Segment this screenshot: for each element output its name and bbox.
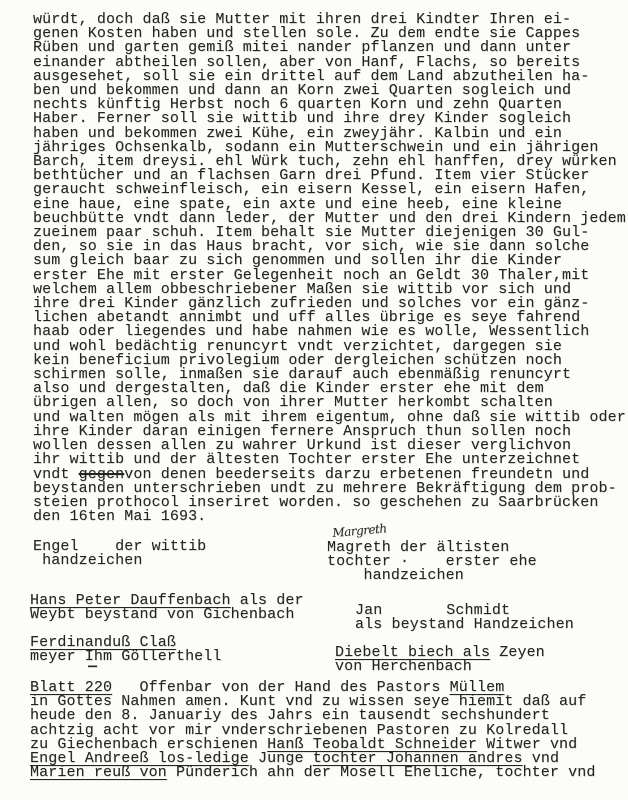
document-page: würdt, doch daß sie Mutter mit ihren dre… <box>0 0 628 800</box>
text-line: handzeichen <box>327 569 537 583</box>
text-line: den 16ten Mai 1693. <box>33 510 626 524</box>
signature-hans-peter-dauffenbach: Hans Peter Dauffenbach als derWeybt beys… <box>30 594 304 622</box>
text-line: handzeichen <box>33 554 206 568</box>
text-line: von Herchenbach <box>335 660 545 674</box>
text-line: Marien reuß von Pünderich ahn der Mosell… <box>30 766 596 780</box>
signature-diebelt-biech: Diebelt biech als Zeyenvon Herchenbach <box>335 646 545 674</box>
signature-engel-wittib: Engel der wittib handzeichen <box>33 540 206 568</box>
signature-jan-schmidt: Jan Schmidtals beystand Handzeichen <box>355 604 574 632</box>
text-segment: Zeyen <box>490 644 545 661</box>
text-line: als beystand Handzeichen <box>355 618 574 632</box>
signature-margreth-tochter: Magreth der ältistentochter · erster ehe… <box>327 541 537 582</box>
text-line: Weybt beystand von Gichenbach <box>30 608 304 622</box>
signature-ferdinandus-clas: Ferdinanduß Claßmeyer Ihm Göllerthell <box>30 636 222 664</box>
text-segment: Pünderich ahn der Mosell Eheliche, tocht… <box>167 764 596 781</box>
underlined-text: Marien reuß von <box>30 764 167 781</box>
signature-dash-mark: — <box>88 658 96 675</box>
text-line: meyer Ihm Göllerthell <box>30 650 222 664</box>
main-paragraph: würdt, doch daß sie Mutter mit ihren dre… <box>33 13 626 524</box>
closing-paragraph-blatt-220: Blatt 220 Offenbar von der Hand des Past… <box>30 681 596 780</box>
